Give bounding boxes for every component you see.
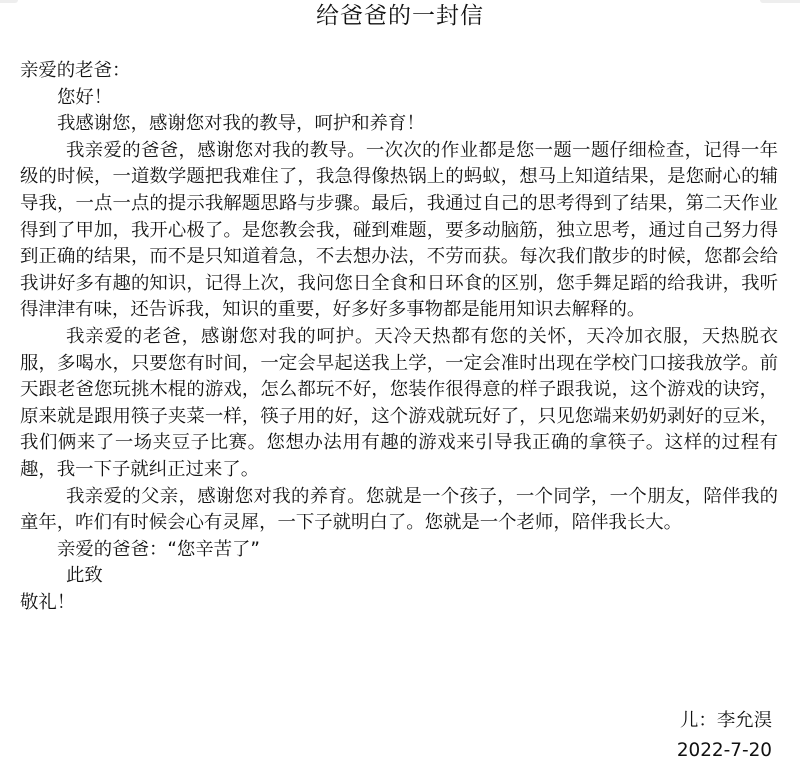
letter-title: 给爸爸的一封信 — [0, 0, 800, 32]
greeting: 您好！ — [20, 85, 778, 112]
letter-body: 亲爱的老爸： 您好！ 我感谢您，感谢您对我的教导，呵护和养育！ 我亲爱的爸爸，感… — [20, 58, 778, 616]
paragraph-teaching: 我亲爱的爸爸，感谢您对我的教导。一次次的作业都是您一题一题仔细检查，记得一年级的… — [20, 138, 778, 324]
intro-line: 我感谢您，感谢您对我的教导，呵护和养育！ — [20, 111, 778, 138]
salutation: 亲爱的老爸： — [20, 58, 778, 85]
signature-block: 儿：李允淏 2022-7-20 — [677, 706, 772, 766]
closing-jing-li: 敬礼！ — [20, 590, 778, 617]
paragraph-care: 我亲爱的老爸，感谢您对我的呵护。天冷天热都有您的关怀，天冷加衣服，天热脱衣服，多… — [20, 324, 778, 484]
signature-name: 儿：李允淏 — [677, 706, 772, 736]
paragraph-upbringing: 我亲爱的父亲，感谢您对我的养育。您就是一个孩子，一个同学，一个朋友，陪伴我的童年… — [20, 484, 778, 537]
signature-date: 2022-7-20 — [677, 736, 772, 766]
closing-line: 亲爱的爸爸：“您辛苦了” — [20, 537, 778, 564]
paragraphs: 我亲爱的爸爸，感谢您对我的教导。一次次的作业都是您一题一题仔细检查，记得一年级的… — [20, 138, 778, 537]
closing-ci-zhi: 此致 — [20, 563, 778, 590]
